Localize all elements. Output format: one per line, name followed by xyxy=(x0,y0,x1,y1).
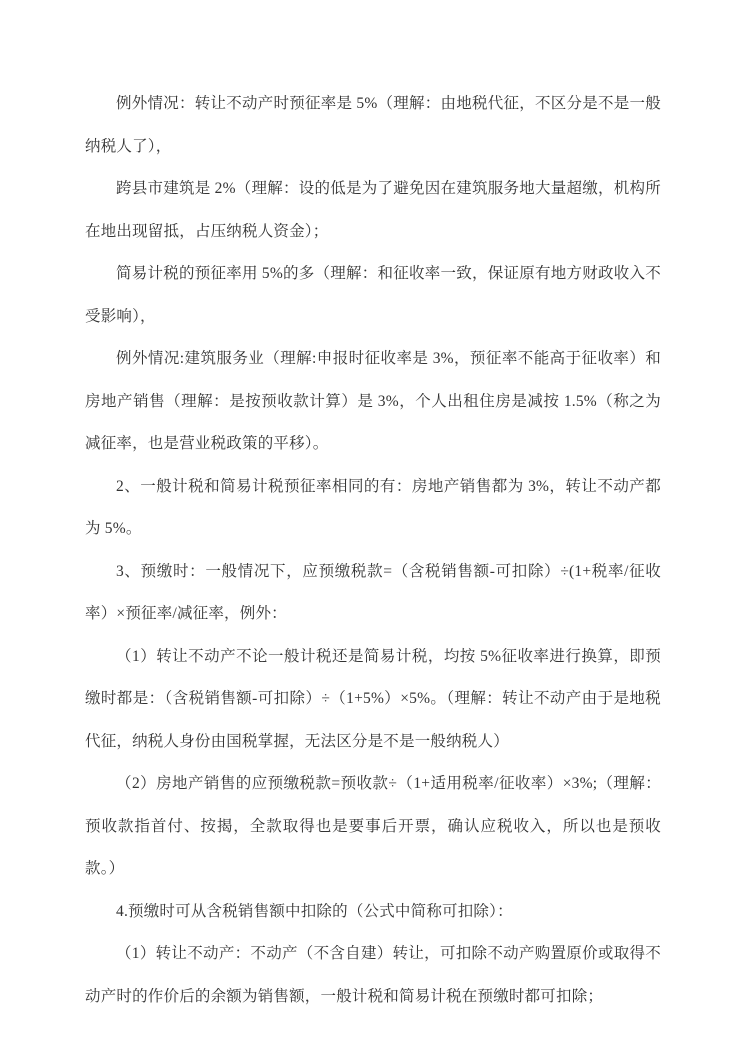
paragraph: （1）转让不动产不论一般计税还是简易计税，均按 5%征收率进行换算，即预缴时都是… xyxy=(85,636,661,764)
paragraph: 简易计税的预征率用 5%的多（理解：和征收率一致，保证原有地方财政收入不受影响）… xyxy=(85,253,661,338)
paragraph: 4.预缴时可从含税销售额中扣除的（公式中简称可扣除）： xyxy=(85,891,661,934)
paragraph: （2）房地产销售的应预缴税款=预收款÷（1+适用税率/征收率）×3%;（理解：预… xyxy=(85,763,661,891)
paragraph: 例外情况:建筑服务业（理解:申报时征收率是 3%，预征率不能高于征收率）和房地产… xyxy=(85,338,661,466)
paragraph: 例外情况：转让不动产时预征率是 5%（理解：由地税代征，不区分是不是一般纳税人了… xyxy=(85,83,661,168)
paragraph: 跨县市建筑是 2%（理解：设的低是为了避免因在建筑服务地大量超缴，机构所在地出现… xyxy=(85,168,661,253)
paragraph: （1）转让不动产：不动产（不含自建）转让，可扣除不动产购置原价或取得不动产时的作… xyxy=(85,933,661,1018)
paragraph: 2、一般计税和简易计税预征率相同的有：房地产销售都为 3%，转让不动产都为 5%… xyxy=(85,466,661,551)
paragraph: 3、预缴时：一般情况下，应预缴税款=（含税销售额-可扣除）÷(1+税率/征收率）… xyxy=(85,551,661,636)
document-page: 例外情况：转让不动产时预征率是 5%（理解：由地税代征，不区分是不是一般纳税人了… xyxy=(0,0,744,1052)
